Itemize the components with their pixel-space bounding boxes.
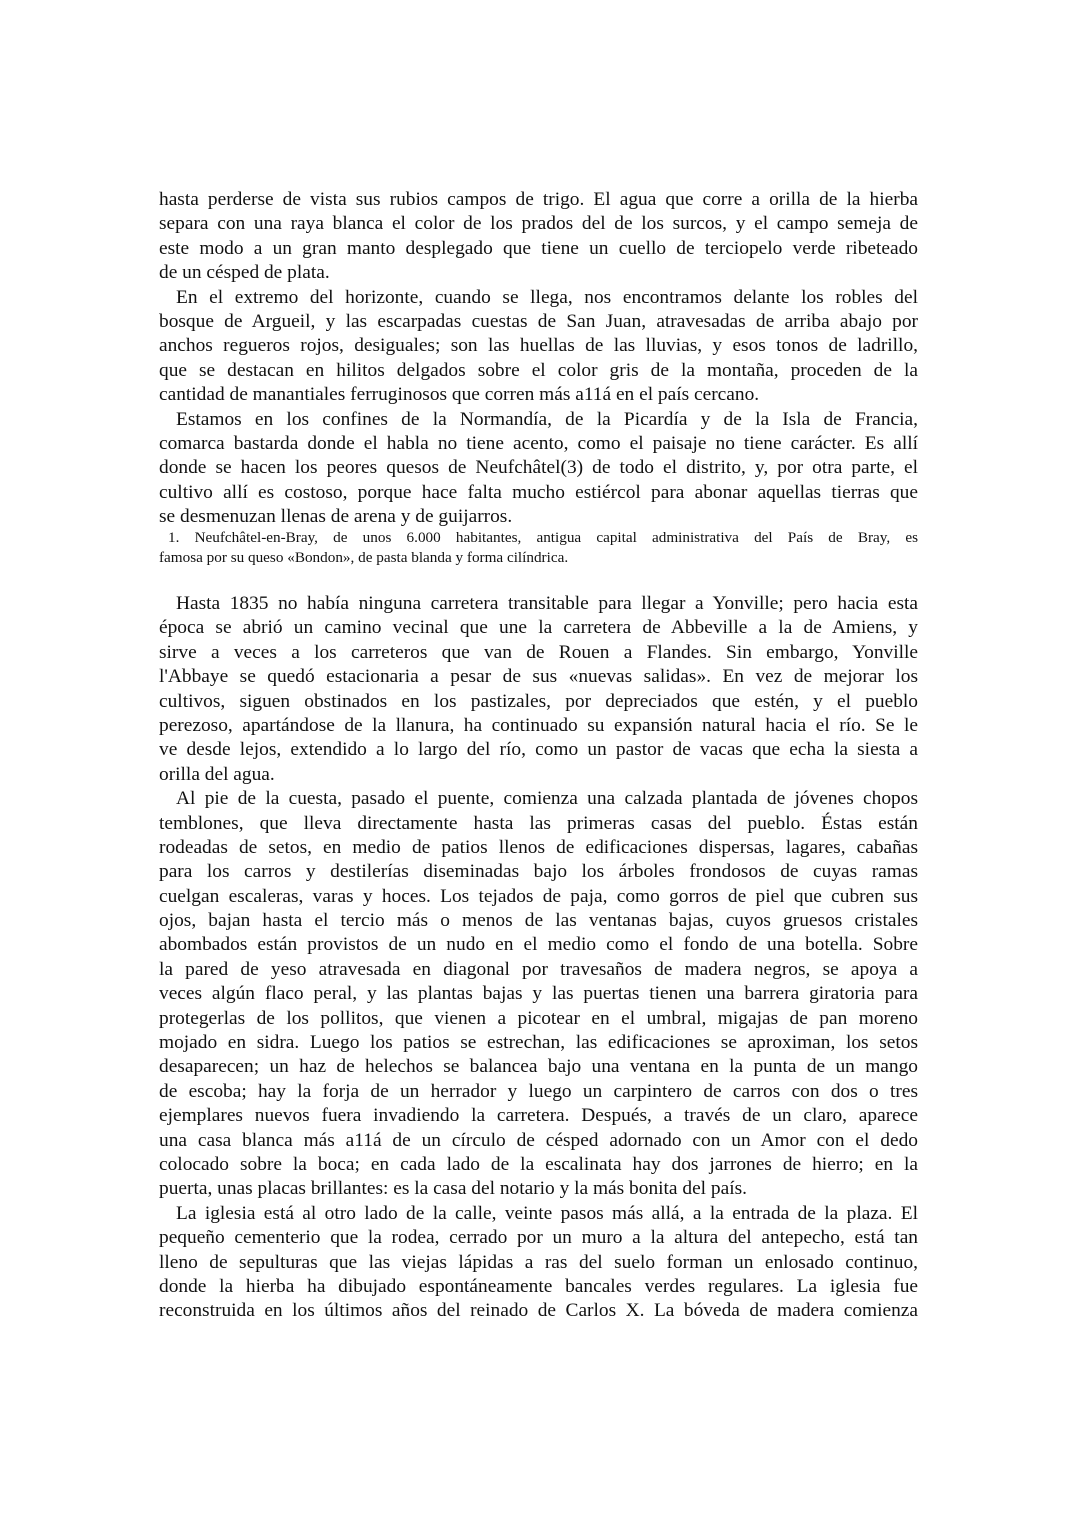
text-line: cultivo allí es costoso, porque hace fal…	[159, 481, 918, 505]
text-line: Estamos en los confines de la Normandía,…	[159, 408, 918, 432]
text-line: separa con una raya blanca el color de l…	[159, 212, 918, 236]
text-line: para los carros y destilerías diseminada…	[159, 860, 918, 884]
text-line: perezoso, apartándose de la llanura, ha …	[159, 714, 918, 738]
text-line: donde la hierba ha dibujado espontáneame…	[159, 1275, 918, 1299]
text-line: Al pie de la cuesta, pasado el puente, c…	[159, 787, 918, 811]
text-line: desaparecen; un haz de helechos se balan…	[159, 1055, 918, 1079]
text-line: este modo a un gran manto desplegado que…	[159, 237, 918, 261]
text-line: de escoba; hay la forja de un herrador y…	[159, 1080, 918, 1104]
text-line: la pared de yeso atravesada en diagonal …	[159, 958, 918, 982]
document-page: hasta perderse de vista sus rubios campo…	[0, 0, 1080, 1525]
text-line: puerta, unas placas brillantes: es la ca…	[159, 1177, 918, 1201]
text-line: abombados están provistos de un nudo en …	[159, 933, 918, 957]
text-line: Hasta 1835 no había ninguna carretera tr…	[159, 592, 918, 616]
footnote-line: 1. Neufchâtel-en-Bray, de unos 6.000 hab…	[159, 528, 918, 548]
text-line: una casa blanca más a11á de un círculo d…	[159, 1129, 918, 1153]
text-line: mojado en sidra. Luego los patios se est…	[159, 1031, 918, 1055]
text-line: ojos, bajan hasta el tercio más o menos …	[159, 909, 918, 933]
footnote-line: famosa por su queso «Bondon», de pasta b…	[159, 548, 918, 568]
paragraph: La iglesia está al otro lado de la calle…	[159, 1202, 918, 1324]
text-line: anchos regueros rojos, desiguales; son l…	[159, 334, 918, 358]
text-line: hasta perderse de vista sus rubios campo…	[159, 188, 918, 212]
text-line: sirve a veces a los carreteros que van d…	[159, 641, 918, 665]
paragraph: hasta perderse de vista sus rubios campo…	[159, 188, 918, 286]
text-line: rodeadas de setos, en medio de patios ll…	[159, 836, 918, 860]
text-line: se desmenuzan llenas de arena y de guija…	[159, 505, 918, 529]
text-line: colocado sobre la boca; en cada lado de …	[159, 1153, 918, 1177]
paragraph: Hasta 1835 no había ninguna carretera tr…	[159, 592, 918, 787]
text-line: orilla del agua.	[159, 763, 918, 787]
text-line: cantidad de manantiales ferruginosos que…	[159, 383, 918, 407]
text-line: l'Abbaye se quedó estacionaria a pesar d…	[159, 665, 918, 689]
text-line: veces algún flaco peral, y las plantas b…	[159, 982, 918, 1006]
paragraph: Al pie de la cuesta, pasado el puente, c…	[159, 787, 918, 1202]
text-line: pequeño cementerio que la rodea, cerrado…	[159, 1226, 918, 1250]
text-block-main: Hasta 1835 no había ninguna carretera tr…	[159, 592, 918, 1324]
text-line: cuelgan escaleras, varas y hoces. Los te…	[159, 885, 918, 909]
text-line: protegerlas de los pollitos, que vienen …	[159, 1007, 918, 1031]
text-line: donde se hacen los peores quesos de Neuf…	[159, 456, 918, 480]
text-line: comarca bastarda donde el habla no tiene…	[159, 432, 918, 456]
text-line: época se abrió un camino vecinal que une…	[159, 616, 918, 640]
paragraph: Estamos en los confines de la Normandía,…	[159, 408, 918, 530]
text-line: bosque de Argueil, y las escarpadas cues…	[159, 310, 918, 334]
text-line: lleno de sepulturas que las viejas lápid…	[159, 1251, 918, 1275]
text-line: de un césped de plata.	[159, 261, 918, 285]
footnote: 1. Neufchâtel-en-Bray, de unos 6.000 hab…	[159, 528, 918, 568]
text-line: En el extremo del horizonte, cuando se l…	[159, 286, 918, 310]
text-line: ejemplares nuevos fuera invadiendo la ca…	[159, 1104, 918, 1128]
text-line: temblones, que lleva directamente hasta …	[159, 812, 918, 836]
text-line: cultivos, siguen obstinados en los pasti…	[159, 690, 918, 714]
text-line: reconstruida en los últimos años del rei…	[159, 1299, 918, 1323]
text-line: La iglesia está al otro lado de la calle…	[159, 1202, 918, 1226]
text-line: que se destacan en hilitos delgados sobr…	[159, 359, 918, 383]
text-line: ve desde lejos, extendido a lo largo del…	[159, 738, 918, 762]
text-block-top: hasta perderse de vista sus rubios campo…	[159, 188, 918, 529]
paragraph: En el extremo del horizonte, cuando se l…	[159, 286, 918, 408]
